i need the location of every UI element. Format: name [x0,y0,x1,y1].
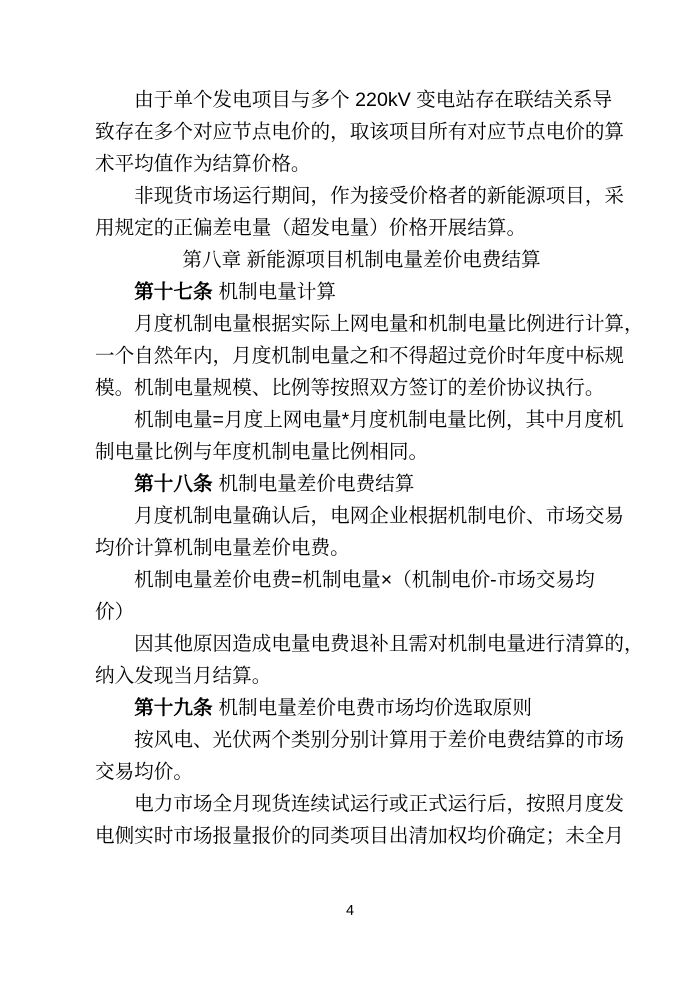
article-title: 机制电量差价电费结算 [218,473,414,495]
document-body: 由于单个发电项目与多个 220kV 变电站存在联结关系导 致存在多个对应节点电价… [95,84,628,852]
text-line: 月度机制电量根据实际上网电量和机制电量比例进行计算， [95,308,628,340]
text-line: 由于单个发电项目与多个 220kV 变电站存在联结关系导 [95,84,628,116]
text-line: 电侧实时市场报量报价的同类项目出清加权均价确定；未全月 [95,820,628,852]
indent [95,281,134,303]
text-line: 致存在多个对应节点电价的，取该项目所有对应节点电价的算 [95,116,628,148]
article-heading-19: 第十九条机制电量差价电费市场均价选取原则 [95,692,628,724]
formula-line: 机制电量差价电费=机制电量×（机制电价-市场交易均 [95,564,628,596]
document-page: 由于单个发电项目与多个 220kV 变电站存在联结关系导 致存在多个对应节点电价… [0,0,700,990]
text-line: 纳入发现当月结算。 [95,660,628,692]
chapter-heading: 第八章 新能源项目机制电量差价电费结算 [95,244,628,276]
article-heading-17: 第十七条机制电量计算 [95,276,628,308]
article-number: 第十九条 [134,697,212,719]
text-line: 术平均值作为结算价格。 [95,148,628,180]
article-title: 机制电量差价电费市场均价选取原则 [218,697,532,719]
text-line: 均价计算机制电量差价电费。 [95,532,628,564]
indent [95,473,134,495]
text-line: 制电量比例与年度机制电量比例相同。 [95,436,628,468]
text-line: 月度机制电量确认后，电网企业根据机制电价、市场交易 [95,500,628,532]
text-line: 交易均价。 [95,756,628,788]
formula-line: 机制电量=月度上网电量*月度机制电量比例，其中月度机 [95,404,628,436]
article-heading-18: 第十八条机制电量差价电费结算 [95,468,628,500]
text-line: 因其他原因造成电量电费退补且需对机制电量进行清算的， [95,628,628,660]
formula-line: 价） [95,596,628,628]
text-line: 模。机制电量规模、比例等按照双方签订的差价协议执行。 [95,372,628,404]
text-line: 电力市场全月现货连续试运行或正式运行后，按照月度发 [95,788,628,820]
article-number: 第十八条 [134,473,212,495]
indent [95,697,134,719]
text-line: 一个自然年内，月度机制电量之和不得超过竞价时年度中标规 [95,340,628,372]
article-number: 第十七条 [134,281,212,303]
text-line: 用规定的正偏差电量（超发电量）价格开展结算。 [95,212,628,244]
page-number: 4 [0,901,700,921]
article-title: 机制电量计算 [218,281,336,303]
text-line: 按风电、光伏两个类别分别计算用于差价电费结算的市场 [95,724,628,756]
text-line: 非现货市场运行期间，作为接受价格者的新能源项目，采 [95,180,628,212]
